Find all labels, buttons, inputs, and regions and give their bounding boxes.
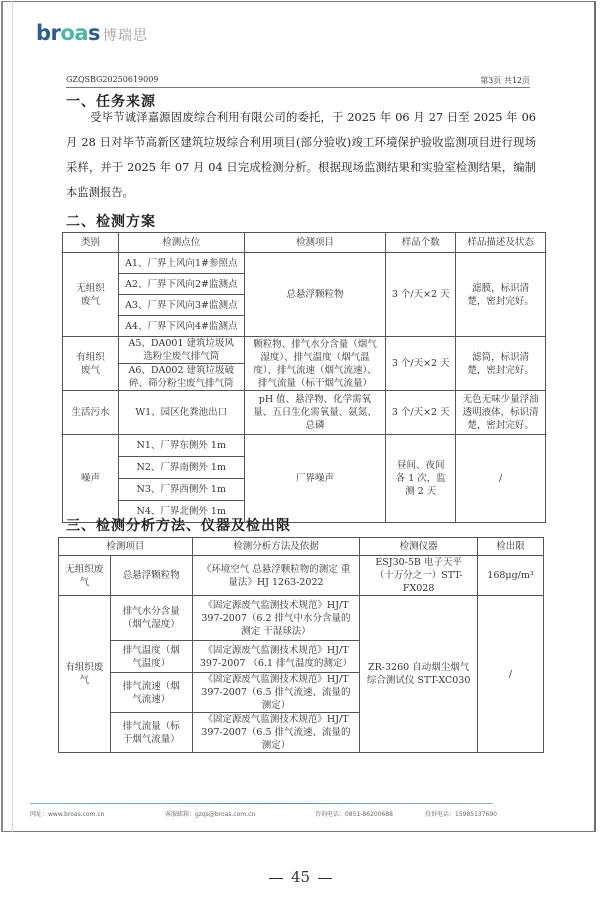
logo-part-accent: oa bbox=[60, 21, 88, 45]
method-cell: 《固定源废气监测技术规范》HJ/T 397-2007（6.5 排气流速、流量的测… bbox=[192, 673, 360, 713]
section1-text: 受毕节诚泽嘉源固废综合利用有限公司的委托，于 2025 年 06 月 27 日至… bbox=[66, 111, 536, 199]
count-cell: 3 个/天×2 天 bbox=[386, 337, 456, 391]
dash-decoration bbox=[318, 878, 332, 879]
col-header: 检测仪器 bbox=[360, 538, 478, 556]
category-cell: 有组织废气 bbox=[59, 596, 111, 753]
method-cell: 《固定源废气监测技术规范》HJ/T 397-2007（6.2 排气中水分含量的测… bbox=[192, 596, 360, 641]
point-cell: N1、厂界东侧外 1m bbox=[118, 435, 244, 457]
col-header: 样品个数 bbox=[386, 233, 456, 253]
col-header: 检出限 bbox=[478, 538, 544, 556]
instrument-cell: ESJ30-5B 电子天平（十万分之一）STT-FX028 bbox=[360, 556, 478, 596]
point-cell: A2、厂界下风向2#监测点 bbox=[118, 274, 244, 295]
section1-paragraph: 受毕节诚泽嘉源固废综合利用有限公司的委托，于 2025 年 06 月 27 日至… bbox=[66, 105, 536, 205]
item-cell: 排气流速（烟气流速） bbox=[110, 673, 192, 713]
category-cell: 噪声 bbox=[63, 435, 119, 523]
col-header: 检测项目 bbox=[59, 538, 193, 556]
category-cell: 有组织废气 bbox=[63, 337, 119, 391]
point-cell: A3、厂界下风向3#监测点 bbox=[118, 295, 244, 316]
footer-email: 客服邮箱：gzqs@broas.com.cn bbox=[165, 809, 255, 818]
col-header: 检测点位 bbox=[118, 233, 244, 253]
items-cell: 总悬浮颗粒物 bbox=[244, 253, 386, 337]
point-cell: N2、厂界南侧外 1m bbox=[118, 457, 244, 479]
category-cell: 无组织废气 bbox=[63, 253, 119, 337]
methods-table: 检测项目 检测分析方法及依据 检测仪器 检出限 无组织废气 总悬浮颗粒物 《环境… bbox=[58, 537, 544, 753]
logo-chinese: 博瑞思 bbox=[103, 25, 148, 45]
frame-margin-line bbox=[12, 1, 13, 832]
item-cell: 总悬浮颗粒物 bbox=[110, 556, 192, 596]
items-cell: pH 值、悬浮物、化学需氧量、五日生化需氧量、氨氮、总磷 bbox=[244, 391, 386, 435]
logo-wordmark: broas bbox=[36, 21, 100, 45]
report-header: GZQSBG20250619009 第3页 共12页 bbox=[66, 74, 530, 88]
col-header: 检测项目 bbox=[244, 233, 386, 253]
brand-logo: broas 博瑞思 bbox=[36, 21, 148, 45]
table-header-row: 类别 检测点位 检测项目 样品个数 样品描述及状态 bbox=[63, 233, 546, 253]
point-cell: A5、DA001 建筑垃圾风选粉尘废气排气筒 bbox=[118, 337, 244, 364]
point-cell: W1、园区化粪池出口 bbox=[118, 391, 244, 435]
logo-part: br bbox=[36, 21, 60, 45]
method-cell: 《环境空气 总悬浮颗粒物的测定 重量法》HJ 1263-2022 bbox=[192, 556, 360, 596]
col-header: 样品描述及状态 bbox=[456, 233, 546, 253]
table-header-row: 检测项目 检测分析方法及依据 检测仪器 检出限 bbox=[59, 538, 544, 556]
method-cell: 《固定源废气监测技术规范》HJ/T 397-2007（6.5 排气流速、流量的测… bbox=[192, 713, 360, 753]
footer-divider bbox=[30, 803, 493, 804]
col-header: 检测分析方法及依据 bbox=[192, 538, 360, 556]
table-row: 有组织废气 排气水分含量（烟气湿度） 《固定源废气监测技术规范》HJ/T 397… bbox=[59, 596, 544, 641]
table-row: 噪声 N1、厂界东侧外 1m 厂界噪声 昼间、夜间各 1 次，监测 2 天 / bbox=[63, 435, 546, 457]
point-cell: N3、厂界西侧外 1m bbox=[118, 479, 244, 501]
table-row: 生活污水 W1、园区化粪池出口 pH 值、悬浮物、化学需氧量、五日生化需氧量、氨… bbox=[63, 391, 546, 435]
table-row: 有组织废气 A5、DA001 建筑垃圾风选粉尘废气排气筒 颗粒物、排气水分含量（… bbox=[63, 337, 546, 364]
desc-cell: 滤膜，标识清楚，密封完好。 bbox=[456, 253, 546, 337]
point-cell: A4、厂界下风向4#监测点 bbox=[118, 316, 244, 337]
logo-part: s bbox=[88, 21, 100, 45]
count-cell: 3 个/天×2 天 bbox=[386, 253, 456, 337]
table-row: 无组织废气 A1、厂界上风向1#参照点 总悬浮颗粒物 3 个/天×2 天 滤膜，… bbox=[63, 253, 546, 274]
footer-website: 网址：www.broas.com.cn bbox=[30, 809, 104, 818]
col-header: 类别 bbox=[63, 233, 119, 253]
section2-title: 二、检测方案 bbox=[66, 211, 156, 231]
method-cell: 《固定源废气监测技术规范》HJ/T 397-2007 （6.1 排气温度的测定） bbox=[192, 641, 360, 673]
instrument-cell: ZR-3260 自动烟尘烟气综合测试仪 STT-XC030 bbox=[360, 596, 478, 753]
item-cell: 排气温度（烟气温度） bbox=[110, 641, 192, 673]
point-cell: A1、厂界上风向1#参照点 bbox=[118, 253, 244, 274]
category-cell: 生活污水 bbox=[63, 391, 119, 435]
footer-consult-phone: 咨询电话：0851-86200688 bbox=[315, 809, 393, 818]
footer-complaint-phone: 投诉电话：15985137690 bbox=[425, 809, 497, 818]
page-info: 第3页 共12页 bbox=[480, 75, 530, 86]
dash-decoration bbox=[269, 878, 283, 879]
desc-cell: / bbox=[456, 435, 546, 523]
category-cell: 无组织废气 bbox=[59, 556, 111, 596]
page-number: 45 bbox=[0, 868, 601, 886]
section3-title: 三、检测分析方法、仪器及检出限 bbox=[66, 515, 291, 535]
items-cell: 颗粒物、排气水分含量（烟气湿度）、排气温度（烟气温度）、排气流速（烟气流速）、排… bbox=[244, 337, 386, 391]
item-cell: 排气流量（标干烟气流量） bbox=[110, 713, 192, 753]
limit-cell: 168μg/m³ bbox=[478, 556, 544, 596]
document-number: GZQSBG20250619009 bbox=[66, 75, 158, 84]
desc-cell: 滤筒，标识清楚，密封完好。 bbox=[456, 337, 546, 391]
count-cell: 昼间、夜间各 1 次，监测 2 天 bbox=[386, 435, 456, 523]
table-row: 无组织废气 总悬浮颗粒物 《环境空气 总悬浮颗粒物的测定 重量法》HJ 1263… bbox=[59, 556, 544, 596]
items-cell: 厂界噪声 bbox=[244, 435, 386, 523]
item-cell: 排气水分含量（烟气湿度） bbox=[110, 596, 192, 641]
desc-cell: 无色无味少量浮油透明液体，标识清楚，密封完好。 bbox=[456, 391, 546, 435]
page-number-value: 45 bbox=[291, 868, 310, 886]
count-cell: 3 个/天×2 天 bbox=[386, 391, 456, 435]
monitoring-plan-table: 类别 检测点位 检测项目 样品个数 样品描述及状态 无组织废气 A1、厂界上风向… bbox=[62, 232, 546, 523]
point-cell: A6、DA002 建筑垃圾破碎、筛分粉尘废气排气筒 bbox=[118, 364, 244, 391]
limit-cell: / bbox=[478, 596, 544, 753]
